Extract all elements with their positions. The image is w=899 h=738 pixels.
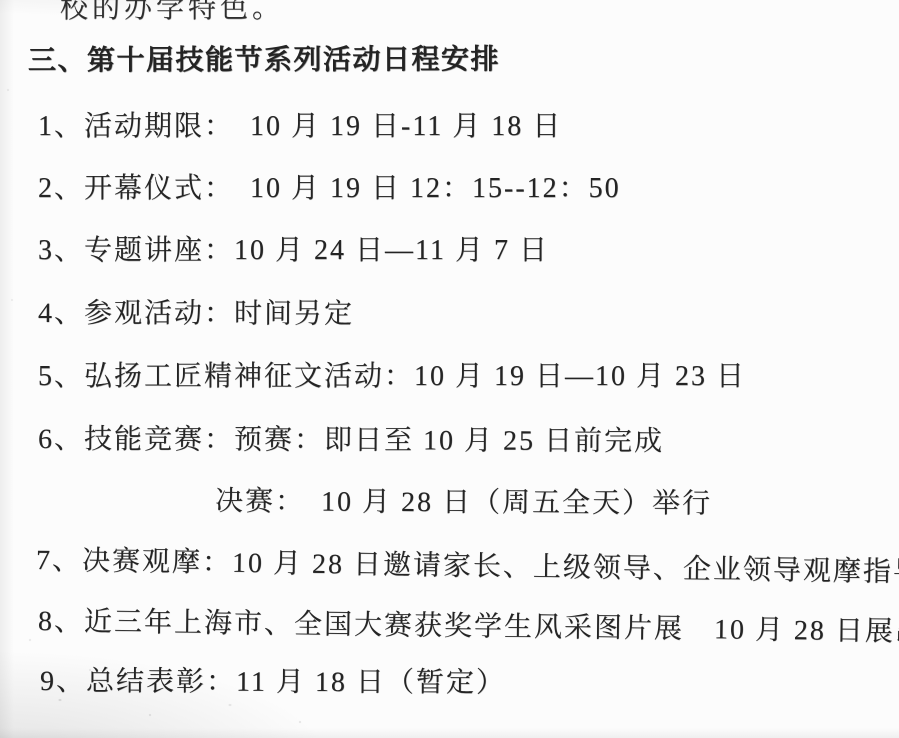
schedule-item-3: 3、专题讲座：10 月 24 日—11 月 7 日 xyxy=(38,228,549,268)
schedule-item-4: 4、参观活动：时间另定 xyxy=(38,291,354,332)
schedule-item-2: 2、开幕仪式： 10 月 19 日 12：15--12：50 xyxy=(38,166,621,206)
schedule-item-7: 7、决赛观摩：10 月 28 日邀请家长、上级领导、企业领导观摩指导 xyxy=(36,538,899,590)
schedule-item-6: 6、技能竞赛：预赛：即日至 10 月 25 日前完成 xyxy=(38,417,664,459)
schedule-item-5: 5、弘扬工匠精神征文活动：10 月 19 日—10 月 23 日 xyxy=(38,354,746,394)
schedule-item-6-final-round: 决赛： 10 月 28 日（周五全天）举行 xyxy=(215,479,712,522)
partial-top-line: 校的办学特色。 xyxy=(60,0,284,26)
schedule-item-8: 8、近三年上海市、全国大赛获奖学生风采图片展 10 月 28 日展出 xyxy=(38,599,899,650)
section-heading: 三、第十届技能节系列活动日程安排 xyxy=(28,37,500,78)
scanned-document-page: 校的办学特色。 三、第十届技能节系列活动日程安排 1、活动期限： 10 月 19… xyxy=(0,0,899,738)
schedule-item-1: 1、活动期限： 10 月 19 日-11 月 18 日 xyxy=(38,104,562,144)
schedule-item-9: 9、总结表彰：11 月 18 日（暂定） xyxy=(40,659,506,701)
